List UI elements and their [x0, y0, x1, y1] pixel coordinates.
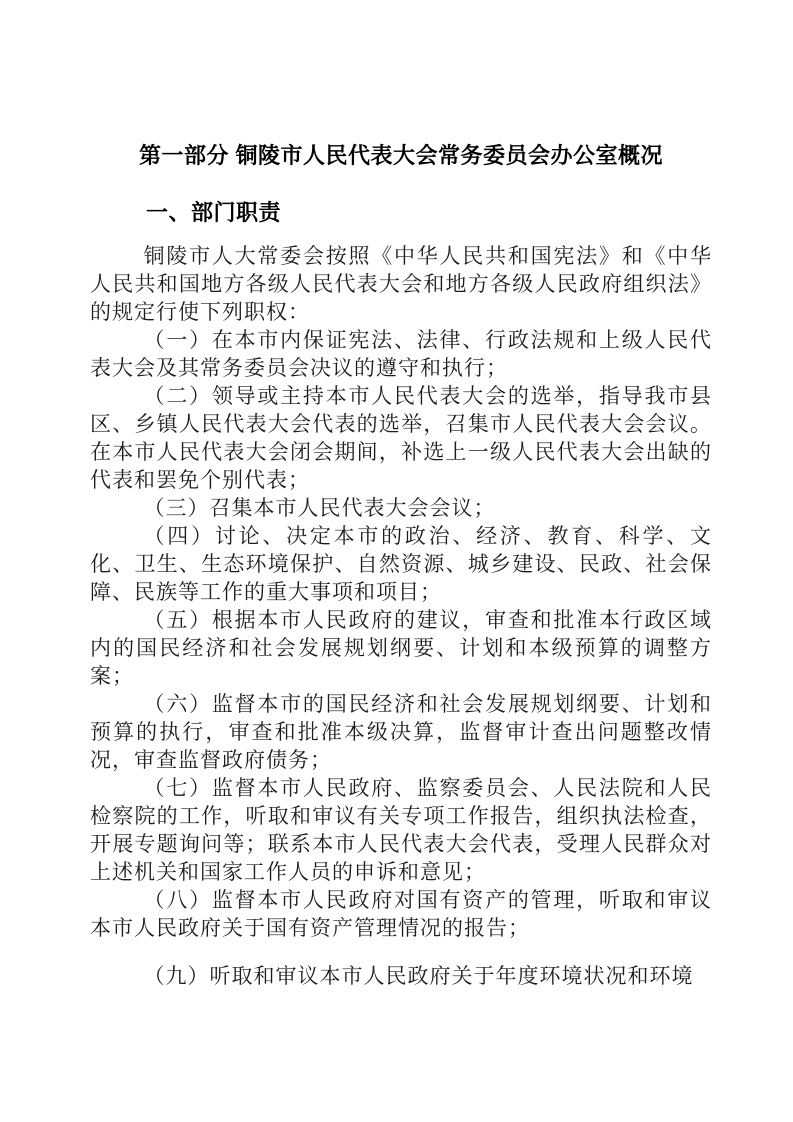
paragraph-item-2: （二）领导或主持本市人民代表大会的选举，指导我市县区、乡镇人民代表大会代表的选举… [90, 382, 712, 494]
document-body: 铜陵市人大常委会按照《中华人民共和国宪法》和《中华人民共和国地方各级人民代表大会… [90, 242, 712, 990]
paragraph-item-7: （七）监督本市人民政府、监察委员会、人民法院和人民检察院的工作，听取和审议有关专… [90, 774, 712, 886]
paragraph-item-6: （六）监督本市的国民经济和社会发展规划纲要、计划和预算的执行，审查和批准本级决算… [90, 690, 712, 774]
paragraph-item-4: （四）讨论、决定本市的政治、经济、教育、科学、文化、卫生、生态环境保护、自然资源… [90, 522, 712, 606]
paragraph-item-9: （九）听取和审议本市人民政府关于年度环境状况和环境 [90, 962, 712, 990]
section-heading: 一、部门职责 [90, 198, 712, 228]
paragraph-item-5: （五）根据本市人民政府的建议，审查和批准本行政区域内的国民经济和社会发展规划纲要… [90, 606, 712, 690]
paragraph-item-8: （八）监督本市人民政府对国有资产的管理，听取和审议本市人民政府关于国有资产管理情… [90, 886, 712, 942]
paragraph-item-3: （三）召集本市人民代表大会会议； [90, 494, 712, 522]
paragraph-intro: 铜陵市人大常委会按照《中华人民共和国宪法》和《中华人民共和国地方各级人民代表大会… [90, 242, 712, 326]
paragraph-item-1: （一）在本市内保证宪法、法律、行政法规和上级人民代表大会及其常务委员会决议的遵守… [90, 326, 712, 382]
document-title: 第一部分 铜陵市人民代表大会常务委员会办公室概况 [90, 140, 712, 172]
document-page: 第一部分 铜陵市人民代表大会常务委员会办公室概况 一、部门职责 铜陵市人大常委会… [0, 0, 793, 1122]
